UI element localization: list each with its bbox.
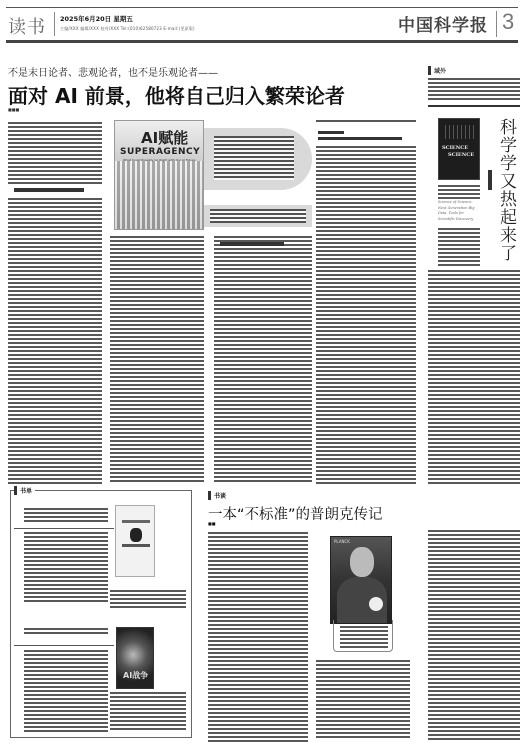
booklist-item2-intro: [24, 628, 108, 636]
date-line: 2025年6月20日 星期五: [60, 14, 133, 23]
booklist-item1-text-b: [110, 590, 186, 610]
sidebar-author: [488, 170, 492, 190]
cover-title-cn: AI赋能: [141, 127, 188, 148]
book-cover-science-of-science: SCIENCE SCIENCE: [438, 118, 480, 180]
sidebar-text-c: [428, 270, 520, 484]
sidebar-vertical-title: 科学学又热起来了: [497, 118, 519, 262]
second-col2-text: [316, 660, 410, 740]
second-col3-text: [428, 530, 520, 740]
lead-subhead-2: [220, 242, 284, 246]
lead-col1-text-b: [8, 198, 102, 484]
lead-col3-text: [214, 236, 312, 484]
sidebar-section-label: 域外: [428, 66, 446, 75]
owl-illustration: [130, 528, 142, 542]
cover-title: PLANCK: [334, 539, 350, 544]
lead-col1-text-a: [8, 122, 102, 184]
lead-kicker: 不是末日论者、悲观论者，也不是乐观论者——: [8, 64, 218, 79]
planck-caption-text: [340, 626, 388, 648]
masthead-bottom-rule: [6, 40, 518, 43]
book-caption-text: [210, 209, 306, 223]
masthead-top-rule: [6, 7, 518, 8]
book-cover-owl: [115, 505, 155, 577]
cover-pattern: [115, 161, 203, 229]
booklist-item2-text-b: [110, 692, 186, 730]
masthead-divider: [54, 12, 55, 36]
book-cover-ai-war: AI战争: [116, 627, 154, 689]
cover-seal: [369, 597, 383, 611]
lead-subhead-3b: [318, 137, 402, 140]
booklist-divider-2: [14, 645, 114, 646]
lead-col4-text-a: [316, 120, 416, 124]
portrait-head: [350, 547, 374, 577]
sidebar-intro-text: [428, 78, 520, 102]
cover-subtitle: What Could Possibly Go Right with Our AI…: [123, 158, 196, 162]
lead-byline: ■■■: [8, 107, 19, 112]
second-col1-text: [208, 532, 308, 744]
cover-subtitle-bar: [122, 544, 150, 547]
pull-quote: [204, 128, 312, 190]
sidebar-rule: [428, 105, 520, 107]
cover-line-2: SCIENCE: [448, 152, 474, 158]
sidebar-text-a: [438, 185, 480, 199]
sidebar-text-b: [438, 228, 480, 268]
cover-line-1: SCIENCE: [442, 145, 468, 151]
page-number: 3: [502, 9, 514, 35]
lead-subhead-3: [318, 131, 344, 134]
pull-quote-text: [214, 136, 294, 180]
contact-line: 主编/XXX 编辑/XXX 校对/XXX Tel:(010)62580723 E…: [60, 26, 195, 32]
second-article-title: 一本“不标准”的普朗克传记: [208, 503, 383, 524]
cover-title-en: SUPERAGENCY: [120, 147, 200, 157]
booklist-item1-intro: [24, 508, 108, 524]
second-byline: ■■: [208, 521, 216, 526]
brand-divider: [496, 11, 497, 37]
cover-title-bar: [122, 520, 150, 523]
second-section-label: 书谈: [208, 491, 226, 500]
booklist-item1-text: [24, 532, 108, 604]
cover-pattern: [445, 125, 475, 139]
booklist-divider-1: [14, 528, 114, 529]
booklist-label: 书单: [14, 486, 35, 495]
section-name: 读书: [8, 13, 46, 39]
lead-subhead-1: [14, 188, 84, 192]
book-cover-ai-empowerment: AI赋能 SUPERAGENCY What Could Possibly Go …: [114, 120, 204, 230]
book-cover-planck: PLANCK: [330, 536, 392, 624]
booklist-item2-text: [24, 650, 108, 732]
lead-col2-text: [110, 236, 204, 484]
lead-col4-text-b: [316, 146, 416, 484]
lead-headline: 面对 AI 前景，他将自己归入繁荣论者: [8, 80, 345, 109]
cover-title: AI战争: [123, 670, 148, 681]
sidebar-italic-abstract: Science of Science: Next Generation Big …: [438, 200, 480, 222]
newspaper-brand: 中国科学报: [398, 11, 488, 36]
book-caption: [204, 205, 312, 227]
